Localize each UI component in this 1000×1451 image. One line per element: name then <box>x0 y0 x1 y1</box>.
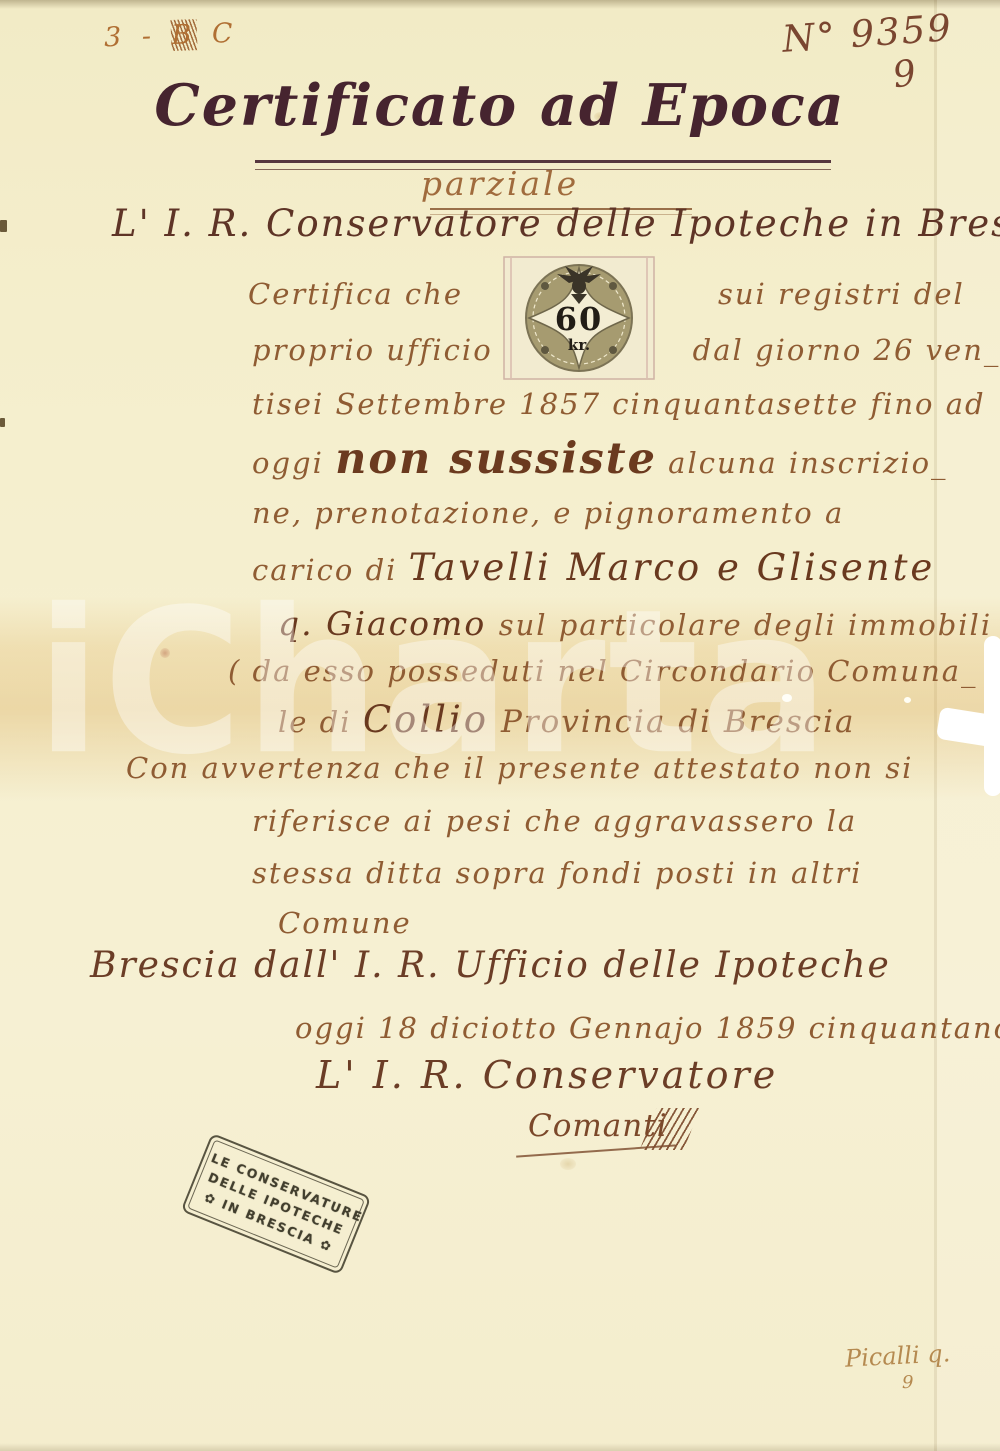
manuscript-text: stessa ditta sopra fondi posti in altri <box>252 856 862 890</box>
manuscript-text: riferisce ai pesi che aggravassero la <box>252 804 857 838</box>
manuscript-line: Comune <box>278 909 412 938</box>
bottom-right-note: Picalli q. <box>844 1339 951 1372</box>
manuscript-text: q. Giacomo <box>278 604 499 643</box>
manuscript-line: carico di Tavelli Marco e Glisente <box>252 549 935 586</box>
manuscript-text: le di <box>278 705 363 739</box>
manuscript-line: ( da esso posseduti nel Circondario Comu… <box>228 657 978 686</box>
manuscript-text: Tavelli Marco e Glisente <box>409 546 936 589</box>
manuscript-text: Provincia di Brescia <box>489 704 855 740</box>
closing-line: L' I. R. Conservatore <box>316 1053 778 1097</box>
manuscript-line: Brescia dall' I. R. Ufficio delle Ipotec… <box>90 948 891 984</box>
manuscript-line: oggi non sussiste alcuna inscrizio_ <box>252 438 948 481</box>
manuscript-text: Collio <box>363 698 489 741</box>
manuscript-text: Comune <box>278 906 412 940</box>
manuscript-line: le di Collio Provincia di Brescia <box>278 701 856 738</box>
manuscript-text: Con avvertenza che il presente attestato… <box>126 751 913 785</box>
manuscript-line: Certifica chesui registri del <box>248 280 965 309</box>
manuscript-line: tisei Settembre 1857 cinquantasette fino… <box>252 390 986 419</box>
manuscript-text: oggi 18 diciotto Gennajo 1859 cinquantan… <box>295 1011 1000 1045</box>
manuscript-line: oggi 18 diciotto Gennajo 1859 cinquantan… <box>295 1014 1000 1043</box>
manuscript-text: non sussiste <box>335 434 657 484</box>
manuscript-text: tisei Settembre 1857 cinquantasette fino… <box>252 387 986 421</box>
manuscript-text: Certifica che <box>248 277 463 311</box>
manuscript-line: q. Giacomo sul particolare degli immobil… <box>278 607 992 640</box>
manuscript-lines: L' I. R. Conservatore delle Ipoteche in … <box>0 0 1000 1451</box>
manuscript-text: proprio ufficio <box>252 333 493 367</box>
manuscript-text: L' I. R. Conservatore delle Ipoteche in … <box>112 202 1000 245</box>
document-page: 3 - B C N° 9359 9 Certificato ad Epoca p… <box>0 0 1000 1451</box>
manuscript-line: ne, prenotazione, e pignoramento a <box>252 499 844 528</box>
manuscript-text: carico di <box>252 553 409 587</box>
manuscript-text: alcuna inscrizio_ <box>657 446 948 480</box>
manuscript-text: sui registri del <box>718 277 965 311</box>
manuscript-line: proprio ufficiodal giorno 26 ven_ <box>252 336 1000 365</box>
manuscript-text: ( da esso posseduti nel Circondario Comu… <box>228 654 978 688</box>
manuscript-line: riferisce ai pesi che aggravassero la <box>252 807 857 836</box>
manuscript-text: sul particolare degli immobili <box>499 608 992 642</box>
manuscript-line: stessa ditta sopra fondi posti in altri <box>252 859 862 888</box>
manuscript-text: dal giorno 26 ven_ <box>693 333 1000 367</box>
manuscript-text: Brescia dall' I. R. Ufficio delle Ipotec… <box>90 945 891 986</box>
manuscript-text: oggi <box>252 446 335 480</box>
manuscript-text: ne, prenotazione, e pignoramento a <box>252 496 844 530</box>
manuscript-line: Con avvertenza che il presente attestato… <box>126 754 913 783</box>
manuscript-line: L' I. R. Conservatore delle Ipoteche in … <box>112 205 1000 242</box>
bottom-right-note-flourish: 9 <box>902 1372 913 1393</box>
